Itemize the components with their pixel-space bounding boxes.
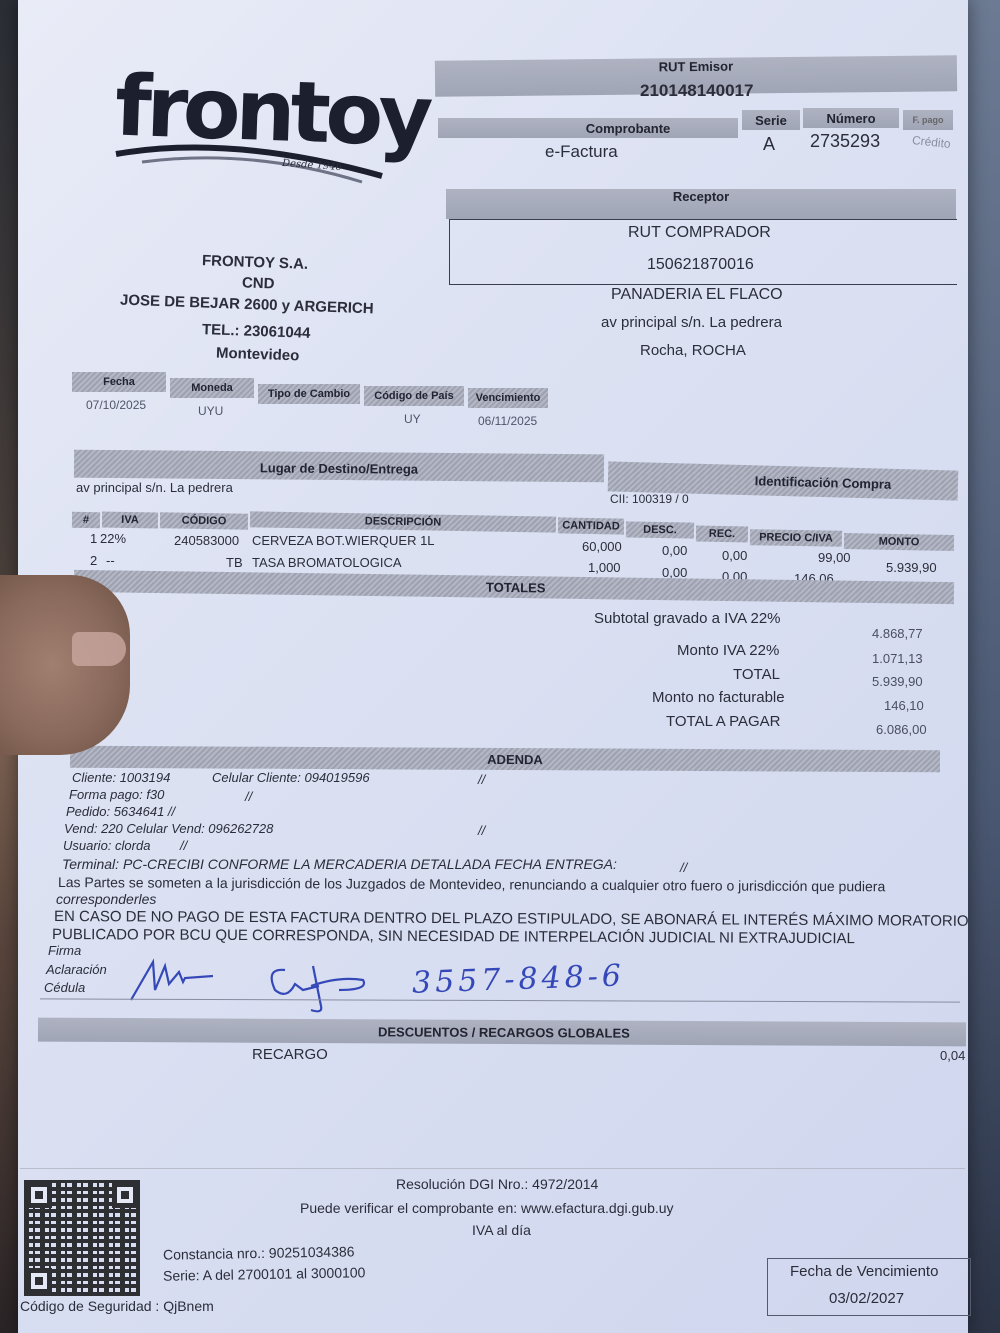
iva-status: IVA al día xyxy=(472,1222,531,1238)
adenda-forma-pago: Forma pago: f30 xyxy=(69,787,164,802)
totals-line-label: Monto no facturable xyxy=(652,689,785,706)
forma-pago-header: F. pago xyxy=(903,110,953,130)
thumbnail xyxy=(72,632,126,666)
item-code: TB xyxy=(226,555,243,570)
delivery-header: Lugar de Destino/Entrega xyxy=(74,450,604,483)
expiry-date: 03/02/2027 xyxy=(829,1290,904,1307)
rut-emisor-label: RUT Emisor xyxy=(659,59,734,75)
footer-divider xyxy=(20,1168,965,1169)
adenda-celular-cliente: Celular Cliente: 094019596 xyxy=(212,770,370,785)
security-code: Código de Seguridad : QjBnem xyxy=(20,1298,214,1314)
item-amount: 5.939,90 xyxy=(886,560,937,575)
numero-value: 2735293 xyxy=(810,131,880,152)
qr-finder-icon xyxy=(26,1268,52,1294)
handwritten-cedula: 3557-848-6 xyxy=(411,958,625,1000)
adenda-separator: // xyxy=(180,838,187,853)
column-header: MONTO xyxy=(844,533,954,551)
issuer-city: Montevideo xyxy=(216,345,300,365)
verify-url[interactable]: Puede verificar el comprobante en: www.e… xyxy=(300,1200,674,1216)
item-code: 240583000 xyxy=(174,533,239,548)
jurisdiction-clause-continued: corresponderles xyxy=(56,891,156,907)
adenda-separator: // xyxy=(478,823,485,838)
item-num: 2 xyxy=(90,553,97,568)
adjustment-type: RECARGO xyxy=(252,1046,328,1063)
qr-finder-icon xyxy=(112,1182,138,1208)
adenda-vendedor: Vend: 220 Celular Vend: 096262728 xyxy=(64,821,273,836)
expiry-label: Fecha de Vencimiento xyxy=(790,1263,938,1280)
totals-line-label: Monto IVA 22% xyxy=(677,642,779,659)
purchase-id-value: CII: 100319 / 0 xyxy=(610,492,689,506)
adenda-label: ADENDA xyxy=(487,751,543,766)
delivery-label: Lugar de Destino/Entrega xyxy=(260,460,418,476)
info-header-moneda: Moneda xyxy=(170,378,254,398)
receptor-label: Receptor xyxy=(673,189,729,204)
info-value-fecha: 07/10/2025 xyxy=(86,398,146,412)
aclaracion-label: Aclaración xyxy=(46,962,107,977)
info-value-vencimiento: 06/11/2025 xyxy=(478,414,537,428)
item-surcharge: 0,00 xyxy=(722,548,747,563)
column-header: DESC. xyxy=(626,521,694,538)
global-adjustments-label: DESCUENTOS / RECARGOS GLOBALES xyxy=(378,1024,630,1040)
info-value-c-digo-de-pa-s: UY xyxy=(404,412,421,426)
column-header: IVA xyxy=(102,512,158,529)
item-price: 99,00 xyxy=(818,550,851,565)
handwritten-signature-icon xyxy=(125,950,395,1020)
qr-finder-icon xyxy=(26,1182,52,1208)
totals-line-label: TOTAL xyxy=(733,666,780,683)
item-num: 1 xyxy=(90,531,97,546)
global-adjustments-header: DESCUENTOS / RECARGOS GLOBALES xyxy=(38,1018,966,1047)
column-header: # xyxy=(72,512,100,528)
serie-header: Serie xyxy=(742,110,800,130)
adenda-header: ADENDA xyxy=(70,746,940,773)
serie-label: Serie xyxy=(755,113,787,128)
item-discount: 0,00 xyxy=(662,543,687,558)
cedula-label: Cédula xyxy=(44,980,85,995)
info-header-c-digo-de-pa-s: Código de País xyxy=(364,386,464,406)
logo-swoosh-icon xyxy=(112,138,392,188)
issuer-branch: CND xyxy=(242,274,275,292)
info-header-fecha: Fecha xyxy=(72,372,166,392)
constancia-number: Constancia nro.: 90251034386 xyxy=(163,1243,355,1262)
item-iva: -- xyxy=(106,553,115,568)
issuer-name: FRONTOY S.A. xyxy=(202,252,309,273)
totals-label: TOTALES xyxy=(486,579,546,595)
firma-label: Firma xyxy=(48,943,81,958)
rut-comprador-label: RUT COMPRADOR xyxy=(628,224,771,242)
serie-value: A xyxy=(763,134,775,155)
adenda-terminal: Terminal: PC-CRECIBI CONFORME LA MERCADE… xyxy=(62,856,617,872)
totals-line-value: 4.868,77 xyxy=(872,626,923,641)
adenda-separator: // xyxy=(245,789,252,804)
receptor-name: PANADERIA EL FLACO xyxy=(611,286,783,304)
receptor-address: av principal s/n. La pedrera xyxy=(601,314,782,331)
comprobante-label: Comprobante xyxy=(586,121,671,136)
totals-line-label: Subtotal gravado a IVA 22% xyxy=(594,610,781,627)
adjustment-value: 0,04 xyxy=(940,1048,965,1063)
totals-line-value: 1.071,13 xyxy=(872,651,923,666)
item-desc: TASA BROMATOLOGICA xyxy=(252,555,402,570)
adenda-cliente: Cliente: 1003194 xyxy=(72,770,170,785)
forma-pago-label: F. pago xyxy=(913,115,944,125)
receptor-location: Rocha, ROCHA xyxy=(640,342,746,359)
purchase-id-label: Identificación Compra xyxy=(755,473,892,492)
column-header: CÓDIGO xyxy=(160,512,248,530)
comprobante-value: e-Factura xyxy=(545,142,618,162)
item-qty: 60,000 xyxy=(582,539,622,554)
info-header-vencimiento: Vencimiento xyxy=(468,388,548,408)
resolucion-dgi: Resolución DGI Nro.: 4972/2014 xyxy=(396,1176,598,1192)
comprobante-header: Comprobante xyxy=(438,118,738,138)
numero-header: Número xyxy=(803,108,899,128)
rut-comprador-value: 150621870016 xyxy=(647,256,754,274)
adenda-usuario: Usuario: clorda xyxy=(63,838,150,853)
totals-line-value: 5.939,90 xyxy=(872,674,923,689)
item-iva: 22% xyxy=(100,531,126,546)
numero-label: Número xyxy=(826,111,875,126)
column-header: CANTIDAD xyxy=(558,517,624,534)
qr-code xyxy=(24,1180,140,1296)
delivery-address: av principal s/n. La pedrera xyxy=(76,480,233,495)
adenda-separator: // xyxy=(680,860,687,875)
totals-line-label: TOTAL A PAGAR xyxy=(666,713,781,730)
adenda-separator: // xyxy=(478,772,485,787)
column-header: PRECIO C/IVA xyxy=(750,529,842,547)
rut-emisor-value: 210148140017 xyxy=(640,81,753,101)
adenda-pedido: Pedido: 5634641 // xyxy=(66,804,175,819)
totals-line-value: 146,10 xyxy=(884,698,924,713)
item-qty: 1,000 xyxy=(588,560,621,575)
item-desc: CERVEZA BOT.WIERQUER 1L xyxy=(252,533,435,548)
info-header-tipo-de-cambio: Tipo de Cambio xyxy=(258,384,360,404)
info-value-moneda: UYU xyxy=(198,404,223,418)
totals-line-value: 6.086,00 xyxy=(876,722,927,737)
column-header: REC. xyxy=(696,526,748,543)
receptor-header: Receptor xyxy=(446,189,956,219)
